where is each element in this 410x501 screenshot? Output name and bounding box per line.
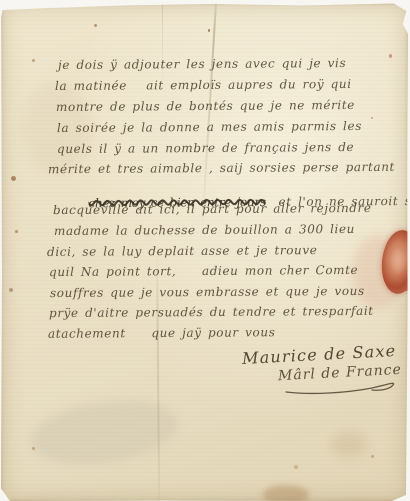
foxing-spot [371, 455, 374, 458]
letter-line: atachement que jaÿ pour vous [48, 325, 276, 341]
foxing-spot [9, 288, 13, 292]
letter-line: quels il ÿ a un nombre de français jens … [57, 140, 354, 156]
letter-line: la matinée ait emploïs aupres du roÿ qui [55, 77, 352, 93]
foxing-spot [94, 24, 97, 27]
foxing-spot [371, 117, 373, 119]
letter-line: prÿe d'aitre persuadés du tendre et tres… [49, 304, 374, 320]
foxing-spot [208, 29, 210, 32]
letter-line: je dois ÿ adjouter les jens avec qui je … [58, 56, 346, 72]
foxing-spot [294, 465, 298, 469]
foxing-spot [389, 54, 392, 58]
letter-line: mérite et tres aimable , saij sorsies pe… [48, 160, 395, 176]
letter-line: dici, se la luy deplait asse et je trouv… [47, 243, 318, 259]
letter-line: souffres que je vous embrasse et que je … [50, 284, 365, 300]
foxing-spot [32, 59, 35, 62]
foxing-spot [15, 230, 18, 233]
letter-paper: je dois ÿ adjouter les jens avec qui je … [1, 3, 408, 501]
letter-line: quil Na point tort, adieu mon cher Comte [49, 263, 358, 279]
letter-line: montre de plus de bontés que je ne mérit… [56, 98, 355, 114]
letter-line: bacqueville ait ici, il part pour aller … [53, 201, 372, 217]
stain [263, 485, 309, 501]
letter-photo: je dois ÿ adjouter les jens avec qui je … [0, 0, 410, 501]
letter-line: la soirée je la donne a mes amis parmis … [57, 119, 362, 135]
stain [331, 431, 367, 457]
foxing-spot [11, 176, 16, 181]
wax-seal-highlight [390, 248, 406, 274]
letter-line: madame la duchesse de bouillon a 300 lie… [54, 222, 355, 238]
foxing-spot [32, 447, 35, 450]
signature-flourish [284, 379, 402, 397]
